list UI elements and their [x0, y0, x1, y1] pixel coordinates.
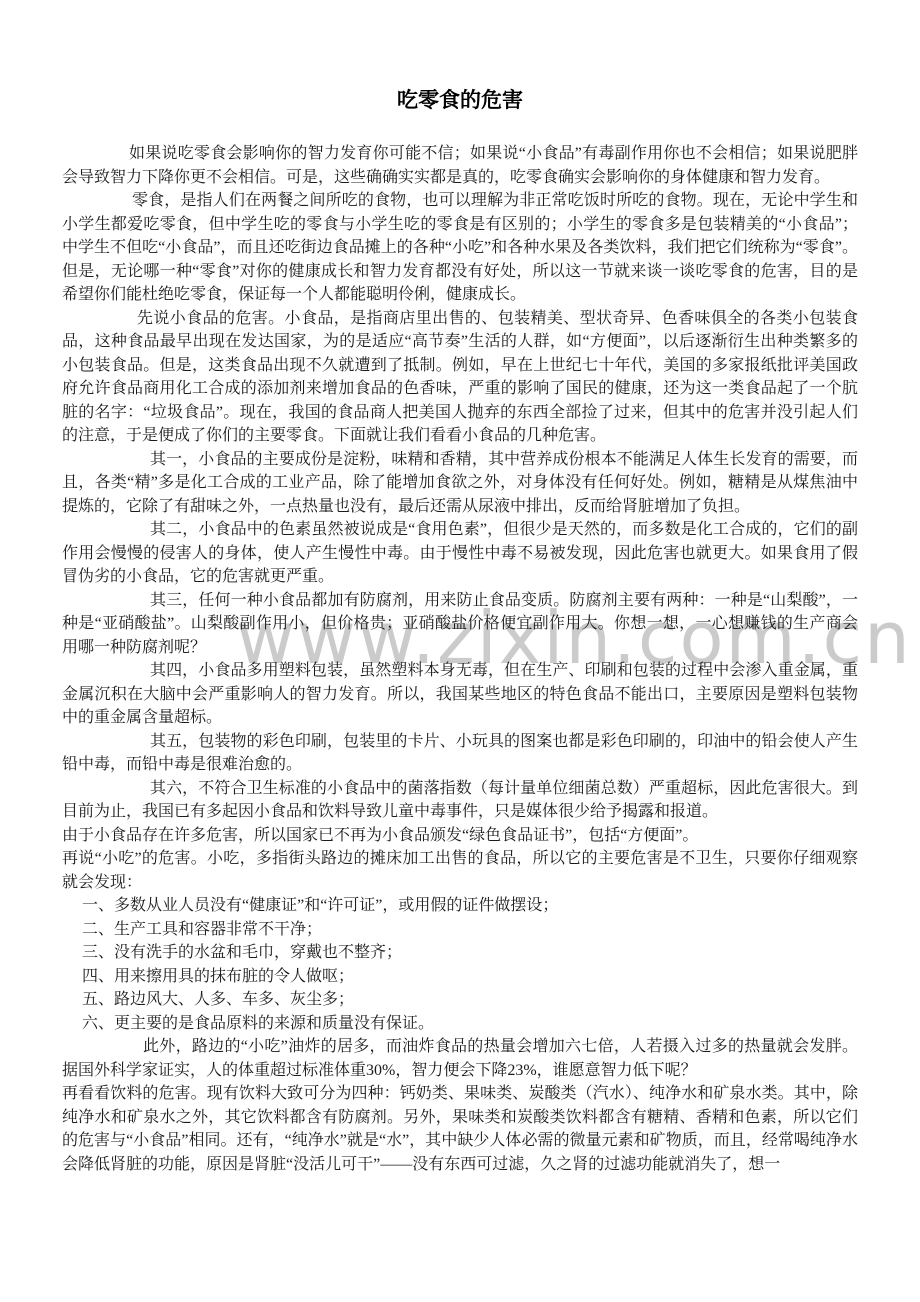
paragraph: 其三，任何一种小食品都加有防腐剂，用来防止食品变质。防腐剂主要有两种：一种是“山… [62, 589, 858, 660]
paragraph: 其六，不符合卫生标准的小食品中的菌落指数（每计量单位细菌总数）严重超标，因此危害… [62, 777, 858, 824]
paragraph-container: 如果说吃零食会影响你的智力发育你可能不信；如果说“小食品”有毒副作用你也不会相信… [62, 142, 858, 1176]
paragraph: 再说“小吃”的危害。小吃，多指街头路边的摊床加工出售的食品，所以它的主要危害是不… [62, 847, 858, 894]
paragraph: 五、路边风大、人多、车多、灰尘多； [62, 988, 858, 1012]
paragraph: 再看看饮料的危害。现有饮料大致可分为四种：钙奶类、果味类、炭酸类（汽水）、纯净水… [62, 1082, 858, 1176]
paragraph: 三、没有洗手的水盆和毛巾，穿戴也不整齐； [62, 941, 858, 965]
paragraph: 六、更主要的是食品原料的来源和质量没有保证。 [62, 1012, 858, 1036]
document-page: www.zixin.com.cn 吃零食的危害 如果说吃零食会影响你的智力发育你… [0, 0, 920, 1302]
paragraph: 先说小食品的危害。小食品，是指商店里出售的、包装精美、型状奇异、色香味俱全的各类… [62, 307, 858, 448]
document-title: 吃零食的危害 [62, 86, 858, 115]
paragraph: 其四，小食品多用塑料包装，虽然塑料本身无毒，但在生产、印刷和包装的过程中会渗入重… [62, 659, 858, 730]
paragraph: 零食，是指人们在两餐之间所吃的食物，也可以理解为非正常吃饭时所吃的食物。现在，无… [62, 189, 858, 307]
paragraph: 二、生产工具和容器非常不干净； [62, 918, 858, 942]
document-content: 吃零食的危害 如果说吃零食会影响你的智力发育你可能不信；如果说“小食品”有毒副作… [62, 86, 858, 1176]
paragraph: 由于小食品存在许多危害，所以国家已不再为小食品颁发“绿色食品证书”，包括“方便面… [62, 824, 858, 848]
paragraph: 一、多数从业人员没有“健康证”和“许可证”，或用假的证件做摆设； [62, 894, 858, 918]
paragraph: 其一，小食品的主要成份是淀粉，味精和香精，其中营养成份根本不能满足人体生长发育的… [62, 448, 858, 519]
paragraph: 其五，包装物的彩色印刷，包装里的卡片、小玩具的图案也都是彩色印刷的，印油中的铅会… [62, 730, 858, 777]
paragraph: 如果说吃零食会影响你的智力发育你可能不信；如果说“小食品”有毒副作用你也不会相信… [62, 142, 858, 189]
paragraph: 此外，路边的“小吃”油炸的居多，而油炸食品的热量会增加六七倍，人若摄入过多的热量… [62, 1035, 858, 1082]
paragraph: 其二，小食品中的色素虽然被说成是“食用色素”，但很少是天然的，而多数是化工合成的… [62, 518, 858, 589]
paragraph: 四、用来擦用具的抹布脏的令人做呕； [62, 965, 858, 989]
